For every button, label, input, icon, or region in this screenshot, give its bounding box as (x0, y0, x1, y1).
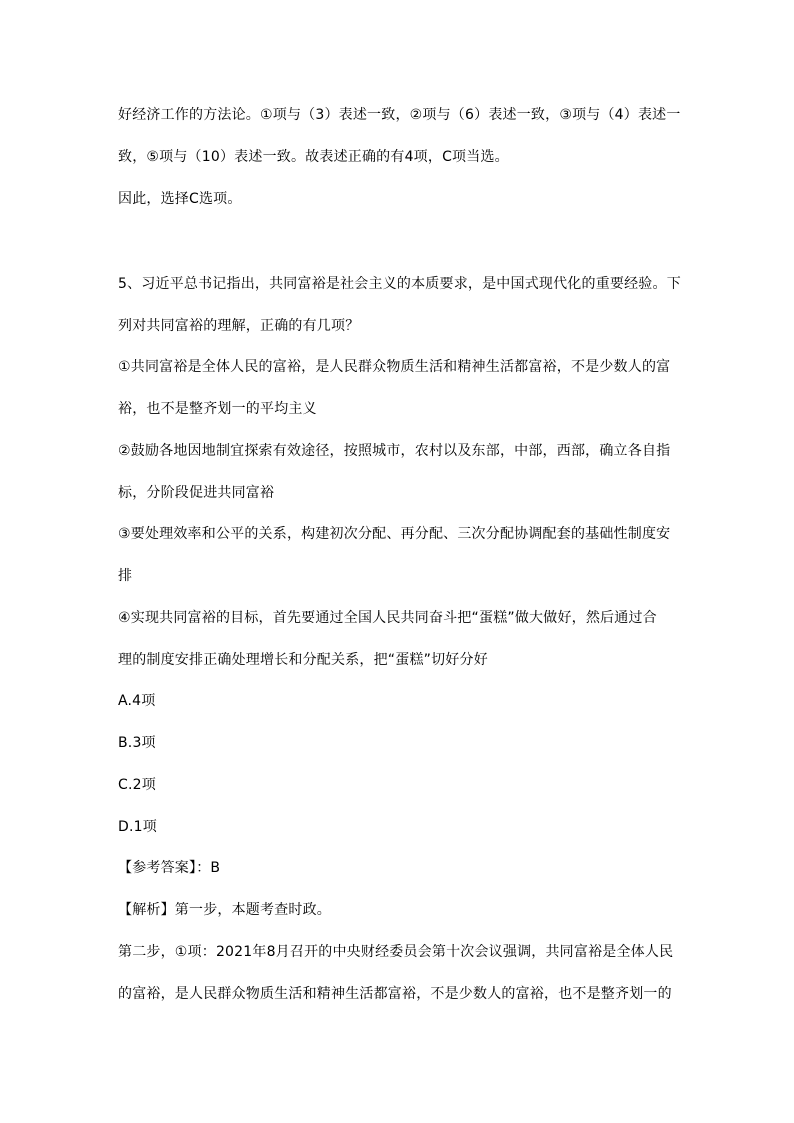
reference-answer: 【参考答案】：B (118, 859, 220, 877)
explanation-line: 好经济工作的方法论。①项与（3）表述一致，②项与（6）表述一致，③项与（4）表述… (118, 106, 681, 124)
option-d: D.1项 (118, 818, 157, 836)
statement-4: 理的制度安排正确处理增长和分配关系，把“蛋糕”切好分好 (118, 651, 488, 669)
explanation-line: 致，⑤项与（10）表述一致。故表述正确的有4项，C项当选。 (118, 148, 509, 166)
statement-1: ①共同富裕是全体人民的富裕，是人民群众物质生活和精神生活都富裕，不是少数人的富 (118, 358, 670, 376)
statement-2: 标，分阶段促进共同富裕 (118, 484, 274, 502)
statement-3: 排 (118, 567, 132, 585)
option-c: C.2项 (118, 776, 156, 794)
analysis-line: 的富裕，是人民群众物质生活和精神生活都富裕，不是少数人的富裕，也不是整齐划一的 (118, 985, 672, 1003)
question-stem: 列对共同富裕的理解，正确的有几项？ (118, 317, 359, 335)
option-b: B.3项 (118, 734, 156, 752)
analysis-line: 第二步，①项：2021年8月召开的中央财经委员会第十次会议强调，共同富裕是全体人… (118, 943, 673, 961)
statement-3: ③要处理效率和公平的关系，构建初次分配、再分配、三次分配协调配套的基础性制度安 (118, 525, 670, 543)
option-a: A.4项 (118, 692, 156, 710)
statement-2: ②鼓励各地因地制宜探索有效途径，按照城市，农村以及东部，中部，西部，确立各自指 (118, 442, 670, 460)
statement-1: 裕，也不是整齐划一的平均主义 (118, 400, 317, 418)
question-stem: 5、习近平总书记指出，共同富裕是社会主义的本质要求，是中国式现代化的重要经验。下 (118, 275, 681, 293)
statement-4: ④实现共同富裕的目标，首先要通过全国人民共同奋斗把“蛋糕”做大做好，然后通过合 (118, 609, 657, 627)
conclusion-line: 因此，选择C选项。 (118, 190, 242, 208)
analysis-heading: 【解析】第一步，本题考查时政。 (118, 901, 331, 919)
